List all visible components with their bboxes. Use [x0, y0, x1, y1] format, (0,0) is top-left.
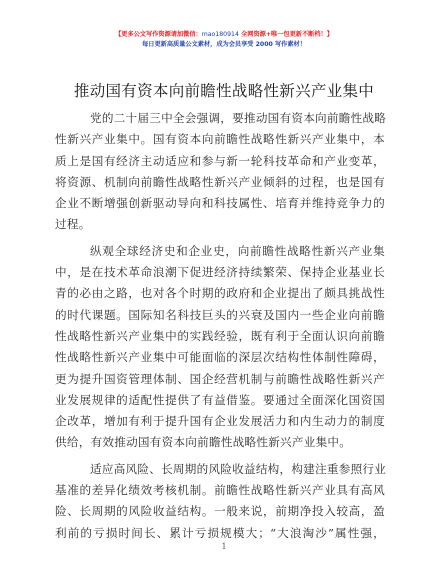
promo-contact-id: mao180914 — [202, 31, 239, 38]
paragraph-1: 党的二十届三中全会强调，要推动国有资本向前瞻性战略 性新兴产业集中。国有资本向前… — [55, 108, 385, 236]
paragraph-2: 纵观全球经济史和企业史，向前瞻性战略性新兴产业集 中，是在技术革命浪潮下促进经济… — [55, 241, 385, 454]
paragraph-line: 的时代课题。国际知名科技巨头的兴衰及国内一些企业向前瞻 — [55, 305, 385, 326]
paragraph-3: 适应高风险、长周期的风险收益结构，构建注重参照行业 基准的差异化绩效考核机制。前… — [55, 459, 385, 544]
paragraph-line: 党的二十届三中全会强调，要推动国有资本向前瞻性战略 — [55, 108, 385, 129]
paragraph-line: 险、长周期的风险收益结构。一般来说，前期净投入较高，盈 — [55, 501, 385, 522]
paragraph-line: 中，是在技术革命浪潮下促进经济持续繁荣、保持企业基业长 — [55, 262, 385, 283]
paragraph-line: 质上是国有经济主动适应和参与新一轮科技革命和产业变革， — [55, 151, 385, 172]
paragraph-line: 纵观全球经济史和企业史，向前瞻性战略性新兴产业集 — [55, 241, 385, 262]
page-number: 1 — [0, 541, 448, 553]
promo-suffix: 全网资源+唯一包更新不断档！】 — [239, 31, 333, 38]
paragraph-line: 企业不断增强创新驱动导向和科技属性、培育并维持竞争力的 — [55, 193, 385, 214]
paragraph-line: 将资源、机制向前瞻性战略性新兴产业倾斜的过程，也是国有 — [55, 172, 385, 193]
document-page: 【更多公文写作资源请加微信：mao180914 全网资源+唯一包更新不断档！】 … — [0, 0, 448, 580]
paragraph-line: 更为提升国资管理体制、国企经营机制与前瞻性战略性新兴产 — [55, 369, 385, 390]
promo-prefix: 【更多公文写作资源请加微信： — [115, 31, 202, 38]
paragraph-line: 性战略性新兴产业集中的实践经验，既有利于全面认识向前瞻 — [55, 326, 385, 347]
paragraph-line: 基准的差异化绩效考核机制。前瞻性战略性新兴产业具有高风 — [55, 480, 385, 501]
paragraph-line: 过程。 — [55, 214, 385, 235]
promo-banner-line1: 【更多公文写作资源请加微信：mao180914 全网资源+唯一包更新不断档！】 — [0, 30, 448, 39]
paragraph-line: 企改革，增加有利于提升国有企业发展活力和内生动力的制度 — [55, 411, 385, 432]
promo-banner-line2: 每日更新高质量公文素材，成为会员享受 2000 写作素材！ — [0, 40, 448, 49]
paragraph-line: 青的必由之路，也对各个时期的政府和企业提出了颇具挑战性 — [55, 283, 385, 304]
document-body: 党的二十届三中全会强调，要推动国有资本向前瞻性战略 性新兴产业集中。国有资本向前… — [55, 108, 385, 544]
paragraph-line: 性新兴产业集中。国有资本向前瞻性战略性新兴产业集中，本 — [55, 129, 385, 150]
paragraph-line: 业发展规律的适配性提供了有益借鉴。要通过全面深化国资国 — [55, 390, 385, 411]
paragraph-line: 适应高风险、长周期的风险收益结构，构建注重参照行业 — [55, 459, 385, 480]
paragraph-line: 性战略性新兴产业集中可能面临的深层次结构性体制性障碍， — [55, 347, 385, 368]
document-title: 推动国有资本向前瞻性战略性新兴产业集中 — [0, 80, 448, 102]
paragraph-line: 供给，有效推动国有资本向前瞻性战略性新兴产业集中。 — [55, 432, 385, 453]
